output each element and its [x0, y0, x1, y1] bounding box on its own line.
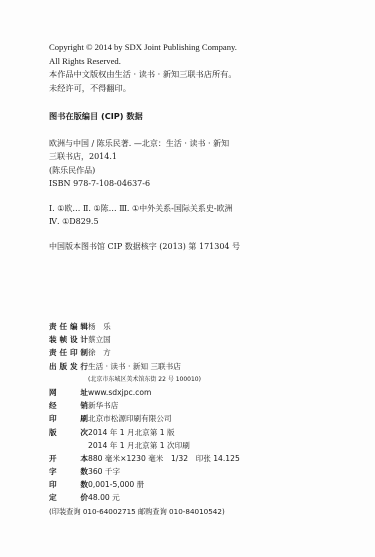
cip-isbn-line: ISBN 978-7-108-04637-6 — [49, 177, 229, 190]
colophon-key-char: 数 — [80, 465, 88, 478]
rights-reserved-line: All Rights Reserved. — [49, 55, 237, 69]
colophon-row: 责任印制徐 方 — [49, 346, 240, 359]
colophon-key-char: 设 — [70, 333, 78, 346]
copyright-page: Copyright © 2014 by SDX Joint Publishing… — [0, 0, 375, 557]
colophon-key-char: 行 — [80, 360, 88, 373]
colophon-key-char: 版 — [59, 360, 67, 373]
colophon-row: 出版发行生活 · 读书 · 新知 三联书店 — [49, 360, 240, 373]
colophon-value: 2014 年 1 月北京第 1 次印刷 — [88, 439, 190, 452]
colophon-row: 经销新华书店 — [49, 399, 240, 412]
colophon-key: 网址 — [49, 386, 88, 399]
colophon-value: www.sdxjpc.com — [88, 386, 151, 399]
colophon-row: 责任编辑杨 乐 — [49, 320, 240, 333]
colophon-key: 责任印制 — [49, 346, 88, 359]
colophon-key-char: 任 — [59, 346, 67, 359]
colophon-key-char: 本 — [80, 452, 88, 465]
colophon-key-char: 制 — [80, 346, 88, 359]
cip-classification: Ⅰ. ①欧… Ⅱ. ①陈… Ⅲ. ①中外关系-国际关系史-欧洲 Ⅳ. ①D829… — [49, 202, 233, 229]
colophon-key-char: 印 — [70, 346, 78, 359]
colophon-key: 出版发行 — [49, 360, 88, 373]
colophon-key — [49, 373, 88, 386]
colophon-key-char: 印 — [49, 478, 57, 491]
colophon-key-char: 数 — [80, 478, 88, 491]
chinese-rights-line: 本作品中文版权由生活 · 读书 · 新知三联书店所有。 — [49, 68, 237, 82]
colophon-value: 蔡立国 — [88, 333, 111, 346]
colophon-key-char: 经 — [49, 399, 57, 412]
colophon-key-char: 帧 — [59, 333, 67, 346]
colophon-row: 2014 年 1 月北京第 1 次印刷 — [49, 439, 240, 452]
colophon-key: 印刷 — [49, 412, 88, 425]
colophon-value: 0,001-5,000 册 — [88, 478, 144, 491]
copyright-notice: Copyright © 2014 by SDX Joint Publishing… — [49, 41, 237, 95]
colophon-key — [49, 439, 88, 452]
colophon-key-char: 任 — [59, 320, 67, 333]
colophon-row: 印数0,001-5,000 册 — [49, 478, 240, 491]
colophon-value: 新华书店 — [88, 399, 118, 412]
colophon-key: 版次 — [49, 426, 88, 439]
colophon-row: 字数360 千字 — [49, 465, 240, 478]
colophon-row: 网址www.sdxjpc.com — [49, 386, 240, 399]
colophon-value: 杨 乐 — [88, 320, 111, 333]
colophon-key-char: 字 — [49, 465, 57, 478]
colophon-value: 生活 · 读书 · 新知 三联书店 — [88, 360, 181, 373]
colophon-key-char: 刷 — [80, 412, 88, 425]
colophon-key-char: 出 — [49, 360, 57, 373]
cip-title-line: 欧洲与中国 / 陈乐民著. —北京：生活 · 读书 · 新知 — [49, 137, 229, 150]
colophon-key-char: 发 — [70, 360, 78, 373]
cip-record: 欧洲与中国 / 陈乐民著. —北京：生活 · 读书 · 新知 三联书店，2014… — [49, 137, 229, 190]
classification-line: Ⅰ. ①欧… Ⅱ. ①陈… Ⅲ. ①中外关系-国际关系史-欧洲 — [49, 202, 233, 215]
colophon-row: 定价48.00 元 — [49, 491, 240, 504]
colophon-value: 2014 年 1 月北京第 1 版 — [88, 426, 175, 439]
colophon-key-char: 编 — [70, 320, 78, 333]
cip-record-number: 中国版本图书馆 CIP 数据核字 (2013) 第 171304 号 — [49, 240, 240, 253]
colophon-key-char: 装 — [49, 333, 57, 346]
colophon-key: 定价 — [49, 491, 88, 504]
colophon-key: 印数 — [49, 478, 88, 491]
colophon-key-char: 印 — [49, 412, 57, 425]
colophon-key-char: 计 — [80, 333, 88, 346]
classification-line: Ⅳ. ①D829.5 — [49, 215, 233, 228]
cip-publisher-line: 三联书店，2014.1 — [49, 150, 229, 163]
colophon-row: (北京市东城区美术馆东街 22 号 100010) — [49, 373, 240, 386]
colophon-key-char: 责 — [49, 346, 57, 359]
colophon-value: 北京市松源印刷有限公司 — [88, 412, 172, 425]
colophon-value: 48.00 元 — [88, 491, 120, 504]
colophon-key: 装帧设计 — [49, 333, 88, 346]
colophon-key: 经销 — [49, 399, 88, 412]
colophon-value: 徐 方 — [88, 346, 111, 359]
colophon-key-char: 定 — [49, 491, 57, 504]
colophon-value: 880 毫米×1230 毫米 1/32 印张 14.125 — [88, 452, 240, 465]
colophon-row: 印刷北京市松源印刷有限公司 — [49, 412, 240, 425]
colophon-key-char: 辑 — [80, 320, 88, 333]
colophon-value: 360 千字 — [88, 465, 120, 478]
colophon: 责任编辑杨 乐装帧设计蔡立国责任印制徐 方出版发行生活 · 读书 · 新知 三联… — [49, 320, 240, 518]
colophon-value: (北京市东城区美术馆东街 22 号 100010) — [88, 373, 201, 386]
colophon-row: 版次2014 年 1 月北京第 1 版 — [49, 426, 240, 439]
colophon-row: 开本880 毫米×1230 毫米 1/32 印张 14.125 — [49, 452, 240, 465]
colophon-key: 责任编辑 — [49, 320, 88, 333]
colophon-key-char: 开 — [49, 452, 57, 465]
inquiry-footer: (印装查询 010-64002715 邮购查询 010-84010542) — [49, 505, 240, 518]
colophon-key-char: 网 — [49, 386, 57, 399]
cip-heading: 图书在版编目 (CIP) 数据 — [49, 111, 143, 122]
colophon-key: 开本 — [49, 452, 88, 465]
cip-record-number-text: 中国版本图书馆 CIP 数据核字 (2013) 第 171304 号 — [49, 240, 240, 253]
colophon-key-char: 址 — [80, 386, 88, 399]
colophon-row: 装帧设计蔡立国 — [49, 333, 240, 346]
copyright-line: Copyright © 2014 by SDX Joint Publishing… — [49, 41, 237, 55]
colophon-key-char: 价 — [80, 491, 88, 504]
no-reprint-line: 未经许可，不得翻印。 — [49, 82, 237, 96]
colophon-key-char: 责 — [49, 320, 57, 333]
colophon-key: 字数 — [49, 465, 88, 478]
colophon-key-char: 销 — [80, 399, 88, 412]
colophon-key-char: 次 — [80, 426, 88, 439]
colophon-key-char: 版 — [49, 426, 57, 439]
cip-series-line: (陈乐民作品) — [49, 164, 229, 177]
